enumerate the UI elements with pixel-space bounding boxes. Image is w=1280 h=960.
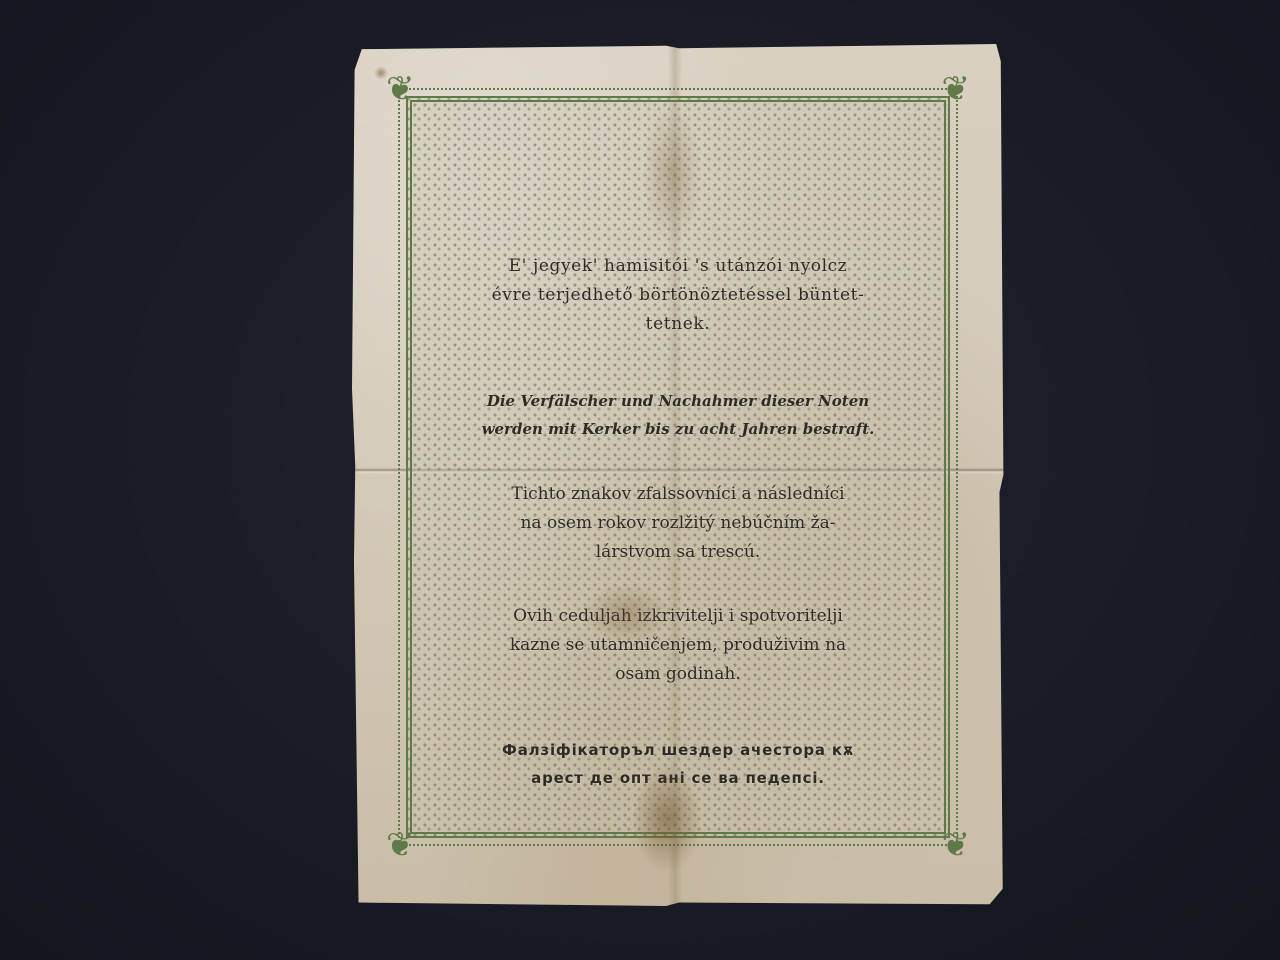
banknote: ❦ ❦ ❦ ❦ E' jegyek' hamisitói 's utánzói … bbox=[352, 44, 1006, 906]
text-line: Фалзіфікаторъл шездер ачестора кѫ bbox=[452, 736, 904, 764]
text-line: lárstvom sa trescú. bbox=[452, 538, 904, 567]
stain bbox=[642, 104, 702, 244]
text-line: osam godinah. bbox=[452, 660, 904, 689]
warning-german: Die Verfälscher und Nachahmer dieser Not… bbox=[412, 387, 944, 443]
corner-ornament-icon: ❦ bbox=[386, 72, 415, 106]
corner-ornament-icon: ❦ bbox=[942, 828, 971, 862]
text-line: Tichto znakov zfalssovníci a následníci bbox=[452, 480, 904, 509]
text-line: tetnek. bbox=[452, 310, 904, 339]
corner-ornament-icon: ❦ bbox=[386, 828, 415, 862]
text-line: Ovih ceduljah izkrivitelji i spotvoritel… bbox=[452, 602, 904, 631]
text-line: E' jegyek' hamisitói 's utánzói nyolcz bbox=[452, 252, 904, 281]
text-line: na osem rokov rozlžitý nebúčním ža- bbox=[452, 509, 904, 538]
text-line: Die Verfälscher und Nachahmer dieser Not… bbox=[452, 387, 904, 415]
text-line: évre terjedhető börtönöztetéssel büntet- bbox=[452, 281, 904, 310]
stain bbox=[632, 764, 702, 874]
stain bbox=[374, 66, 388, 80]
text-line: werden mit Kerker bis zu acht Jahren bes… bbox=[452, 415, 904, 443]
warning-hungarian: E' jegyek' hamisitói 's utánzói nyolcz é… bbox=[412, 252, 944, 339]
warning-slovak: Tichto znakov zfalssovníci a následníci … bbox=[412, 480, 944, 567]
corner-ornament-icon: ❦ bbox=[942, 72, 971, 106]
warning-croatian: Ovih ceduljah izkrivitelji i spotvoritel… bbox=[412, 602, 944, 689]
text-line: kazne se utamničenjem, produživim na bbox=[452, 631, 904, 660]
stain bbox=[582, 584, 672, 644]
